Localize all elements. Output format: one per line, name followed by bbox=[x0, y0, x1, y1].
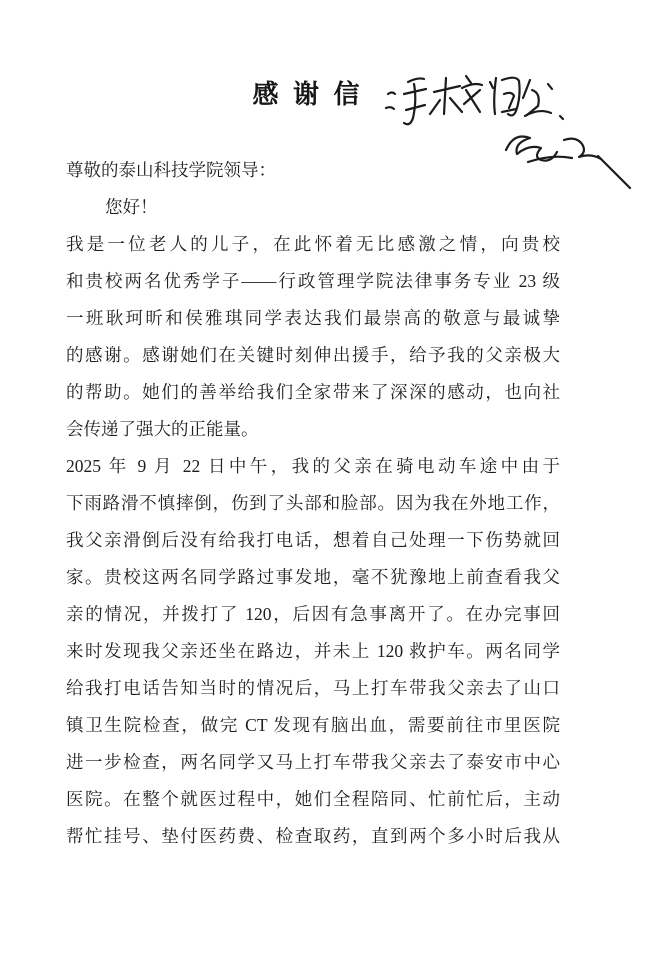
letter-line: 会传递了强大的正能量。 bbox=[66, 411, 560, 448]
letter-line: 来时发现我父亲还坐在路边，并未上 120 救护车。两名同学 bbox=[66, 633, 560, 670]
salutation: 尊敬的泰山科技学院领导： bbox=[66, 152, 560, 189]
letter-line: 医院。在整个就医过程中，她们全程陪同、忙前忙后，主动 bbox=[66, 781, 560, 818]
letter-body: 尊敬的泰山科技学院领导： 您好！ 我是一位老人的儿子，在此怀着无比感激之情，向贵… bbox=[66, 152, 560, 855]
letter-line: 给我打电话告知当时的情况后，马上打车带我父亲去了山口 bbox=[66, 670, 560, 707]
letter-line: 2025 年 9 月 22 日中午，我的父亲在骑电动车途中由于 bbox=[66, 448, 560, 485]
paragraph-2: 2025 年 9 月 22 日中午，我的父亲在骑电动车途中由于 下雨路滑不慎摔倒… bbox=[66, 448, 560, 855]
paragraph-1: 我是一位老人的儿子，在此怀着无比感激之情，向贵校 和贵校两名优秀学子——行政管理… bbox=[66, 226, 560, 448]
letter-line: 一班耿珂昕和侯雅琪同学表达我们最崇高的敬意与最诚挚 bbox=[66, 300, 560, 337]
letter-line: 帮忙挂号、垫付医药费、检查取药，直到两个多小时后我从 bbox=[66, 818, 560, 855]
letter-line: 和贵校两名优秀学子——行政管理学院法律事务专业 23 级 bbox=[66, 263, 560, 300]
letter-line: 的感谢。感谢她们在关键时刻伸出援手，给予我的父亲极大 bbox=[66, 337, 560, 374]
letter-line: 的帮助。她们的善举给我们全家带来了深深的感动，也向社 bbox=[66, 374, 560, 411]
letter-line: 我是一位老人的儿子，在此怀着无比感激之情，向贵校 bbox=[66, 226, 560, 263]
letter-line: 镇卫生院检查，做完 CT 发现有脑出血，需要前往市里医院 bbox=[66, 707, 560, 744]
letter-line: 我父亲滑倒后没有给我打电话，想着自己处理一下伤势就回 bbox=[66, 522, 560, 559]
letter-line: 进一步检查，两名同学又马上打车带我父亲去了泰安市中心 bbox=[66, 744, 560, 781]
letter-line: 亲的情况，并拨打了 120，后因有急事离开了。在办完事回 bbox=[66, 596, 560, 633]
greeting: 您好！ bbox=[66, 189, 560, 226]
letter-page: 感 谢 信 尊敬的泰山科技学院领导： bbox=[0, 0, 645, 955]
letter-line: 下雨路滑不慎摔倒，伤到了头部和脸部。因为我在外地工作， bbox=[66, 485, 560, 522]
letter-line: 家。贵校这两名同学路过事发地，毫不犹豫地上前查看我父 bbox=[66, 559, 560, 596]
